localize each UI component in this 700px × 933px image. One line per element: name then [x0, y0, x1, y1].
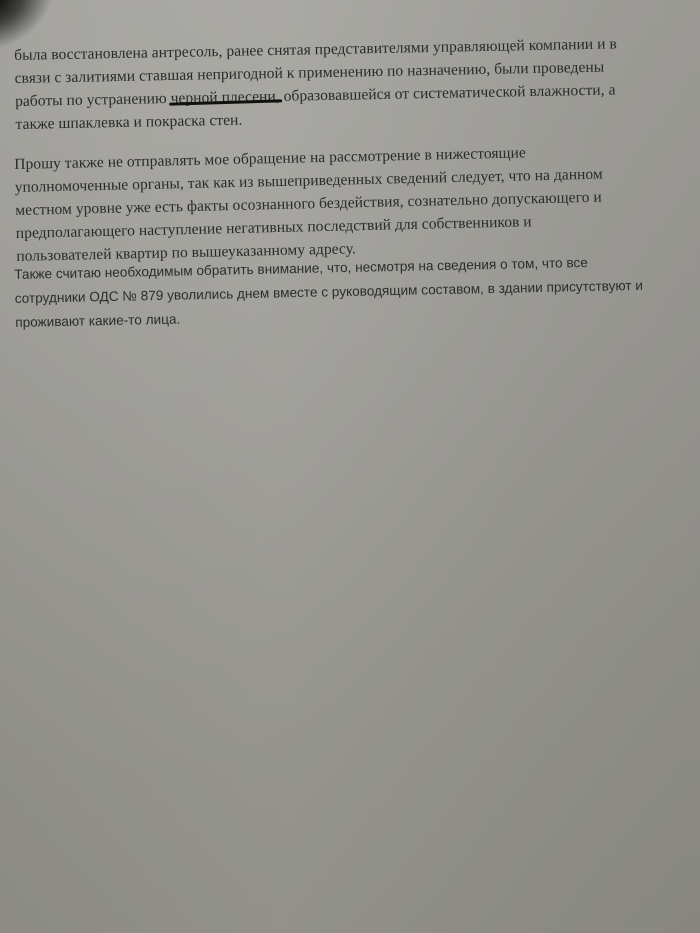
text-segment: образовавшейся от систематической влажно… — [280, 81, 616, 104]
paragraph-repairs: была восстановлена антресоль, ранее снят… — [14, 32, 618, 136]
text-segment: работы по устранению — [15, 90, 171, 110]
underlined-phrase: черной плесени, — [170, 88, 279, 107]
paragraph-request: Прошу также не отправлять мое обращение … — [14, 140, 605, 268]
paragraph-notice: Также считаю необходимым обратить вниман… — [14, 250, 644, 335]
